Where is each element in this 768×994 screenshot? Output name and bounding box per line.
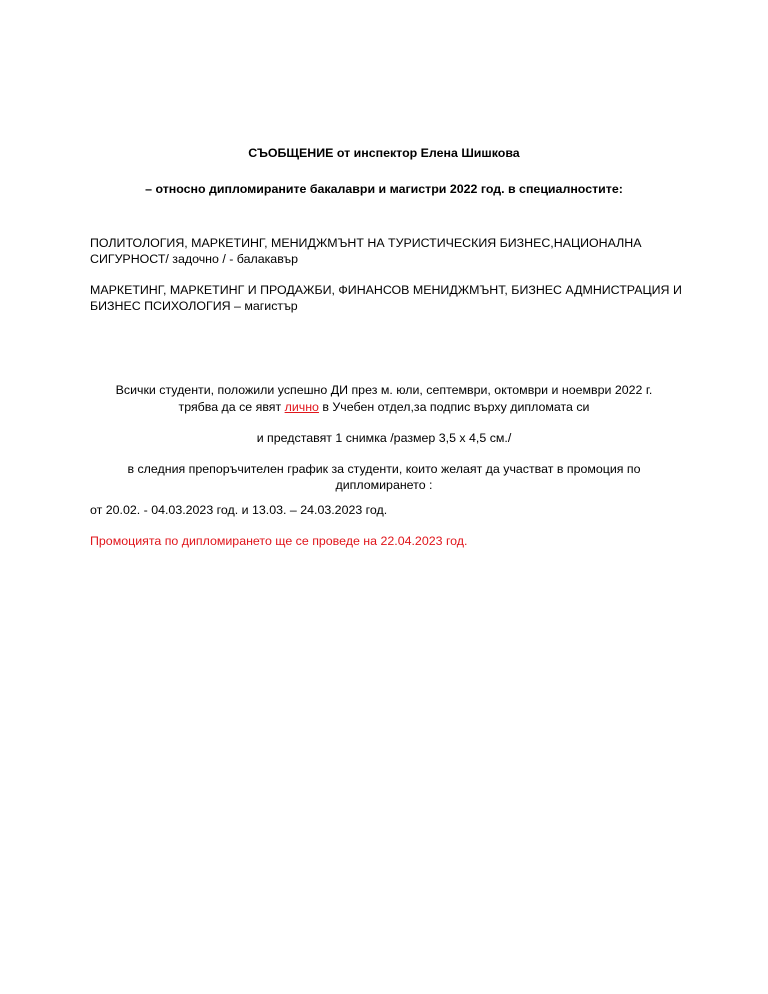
notice-title: СЪОБЩЕНИЕ от инспектор Елена Шишкова <box>0 145 768 161</box>
master-specialties-line1: МАРКЕТИНГ, МАРКЕТИНГ И ПРОДАЖБИ, ФИНАНСО… <box>90 282 682 298</box>
promotion-notice: Промоцията по дипломирането ще се провед… <box>90 533 467 549</box>
bachelor-specialties-line1: ПОЛИТОЛОГИЯ, МАРКЕТИНГ, МЕНИДЖМЪНТ НА ТУ… <box>90 235 642 251</box>
master-specialties-line2: БИЗНЕС ПСИХОЛОГИЯ – магистър <box>90 298 298 314</box>
body-line2-pre: трябва да се явят <box>179 400 285 414</box>
body-line2-post: в Учебен отдел,за подпис върху дипломата… <box>319 400 590 414</box>
schedule-dates: от 20.02. - 04.03.2023 год. и 13.03. – 2… <box>90 502 387 518</box>
bachelor-specialties-line2: СИГУРНОСТ/ задочно / - балакавър <box>90 251 298 267</box>
notice-subtitle: – относно дипломираните бакалаври и маги… <box>0 181 768 197</box>
body-line4: в следния препоръчителен график за студе… <box>0 461 768 477</box>
body-line2: трябва да се явят лично в Учебен отдел,з… <box>0 399 768 415</box>
emphasis-in-person: лично <box>285 400 319 414</box>
body-line5: дипломирането : <box>0 477 768 493</box>
body-line1: Всички студенти, положили успешно ДИ пре… <box>0 382 768 398</box>
body-line3: и представят 1 снимка /размер 3,5 х 4,5 … <box>0 430 768 446</box>
